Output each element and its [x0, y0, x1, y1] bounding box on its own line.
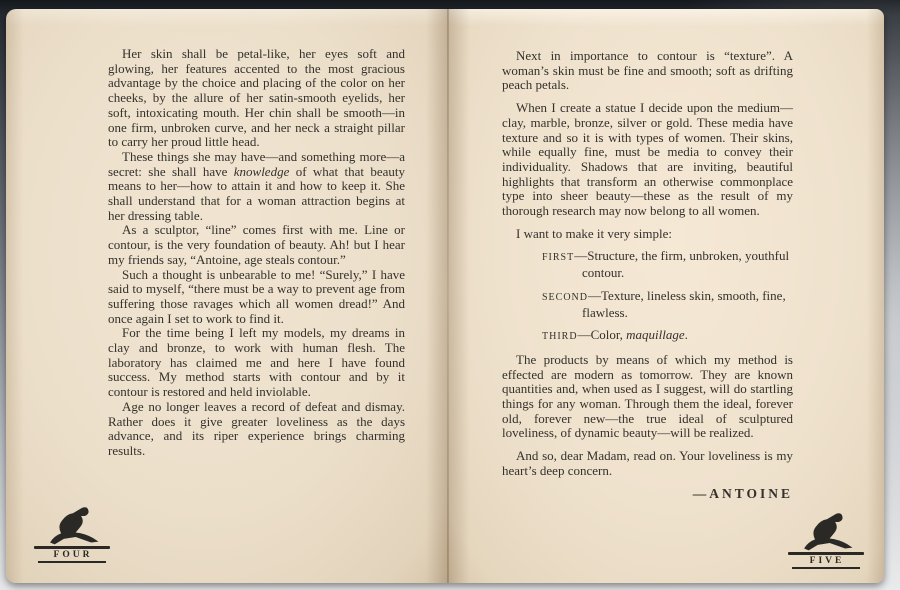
signature: —ANTOINE: [502, 487, 793, 502]
paragraph: These things she may have—and something …: [108, 150, 405, 224]
page-number-label: FOUR: [34, 549, 110, 561]
text-segment: —Texture, lineless skin, smooth, fine, f…: [582, 288, 786, 320]
book-spread: Her skin shall be petal-like, her eyes s…: [6, 9, 884, 583]
text-segment: .: [685, 327, 688, 342]
book-gutter: [447, 9, 449, 583]
paragraph: When I create a statue I decide upon the…: [502, 101, 793, 219]
paragraph: As a sculptor, “line” comes first with m…: [108, 223, 405, 267]
text-segment: I want to make it very simple:: [516, 226, 672, 241]
page-number-emblem-four: FOUR: [34, 506, 110, 563]
text-segment: And so, dear Madam, read on. Your loveli…: [502, 448, 793, 478]
text-segment: Next in importance to contour is “textur…: [502, 48, 793, 92]
text-segment: Such a thought is unbearable to me! “Sur…: [108, 267, 405, 326]
emblem-bottom-rule: [38, 561, 106, 563]
list-item-label: FIRST: [542, 252, 574, 263]
reclining-figure-icon: [796, 512, 856, 554]
page-number-emblem-five: FIVE: [788, 512, 864, 569]
list-item-label: SECOND: [542, 292, 588, 303]
scanned-book-photo: { "colors": { "paper": "#eee1cc", "ink":…: [0, 0, 900, 590]
text-segment: Age no longer leaves a record of defeat …: [108, 399, 405, 458]
list-item: SECOND—Texture, lineless skin, smooth, f…: [502, 289, 793, 320]
text-segment: When I create a statue I decide upon the…: [502, 100, 793, 218]
list-item: FIRST—Structure, the firm, unbroken, you…: [502, 249, 793, 280]
text-segment: —ANTOINE: [693, 486, 793, 501]
text-segment: The products by means of which my method…: [502, 352, 793, 441]
paragraph: Next in importance to contour is “textur…: [502, 49, 793, 93]
text-segment: For the time being I left my models, my …: [108, 325, 405, 399]
text-segment: —Color,: [578, 327, 627, 342]
left-page-text: Her skin shall be petal-like, her eyes s…: [108, 47, 405, 459]
paragraph: The products by means of which my method…: [502, 353, 793, 441]
paragraph: Age no longer leaves a record of defeat …: [108, 400, 405, 459]
list-item: THIRD—Color, maquillage.: [502, 328, 793, 345]
reclining-figure-icon: [42, 506, 102, 548]
emblem-bottom-rule: [792, 567, 860, 569]
paragraph: Such a thought is unbearable to me! “Sur…: [108, 268, 405, 327]
text-segment: Her skin shall be petal-like, her eyes s…: [108, 46, 405, 149]
right-page-text: Next in importance to contour is “textur…: [502, 49, 793, 509]
paragraph: I want to make it very simple:: [502, 227, 793, 242]
list-item-label: THIRD: [542, 331, 578, 342]
italic-text: maquillage: [626, 327, 685, 342]
text-segment: As a sculptor, “line” comes first with m…: [108, 222, 405, 266]
paragraph: And so, dear Madam, read on. Your loveli…: [502, 449, 793, 478]
paragraph: For the time being I left my models, my …: [108, 326, 405, 400]
page-number-label: FIVE: [788, 555, 864, 567]
italic-text: knowledge: [234, 164, 290, 179]
text-segment: —Structure, the firm, unbroken, youthful…: [574, 248, 789, 280]
paragraph: Her skin shall be petal-like, her eyes s…: [108, 47, 405, 150]
